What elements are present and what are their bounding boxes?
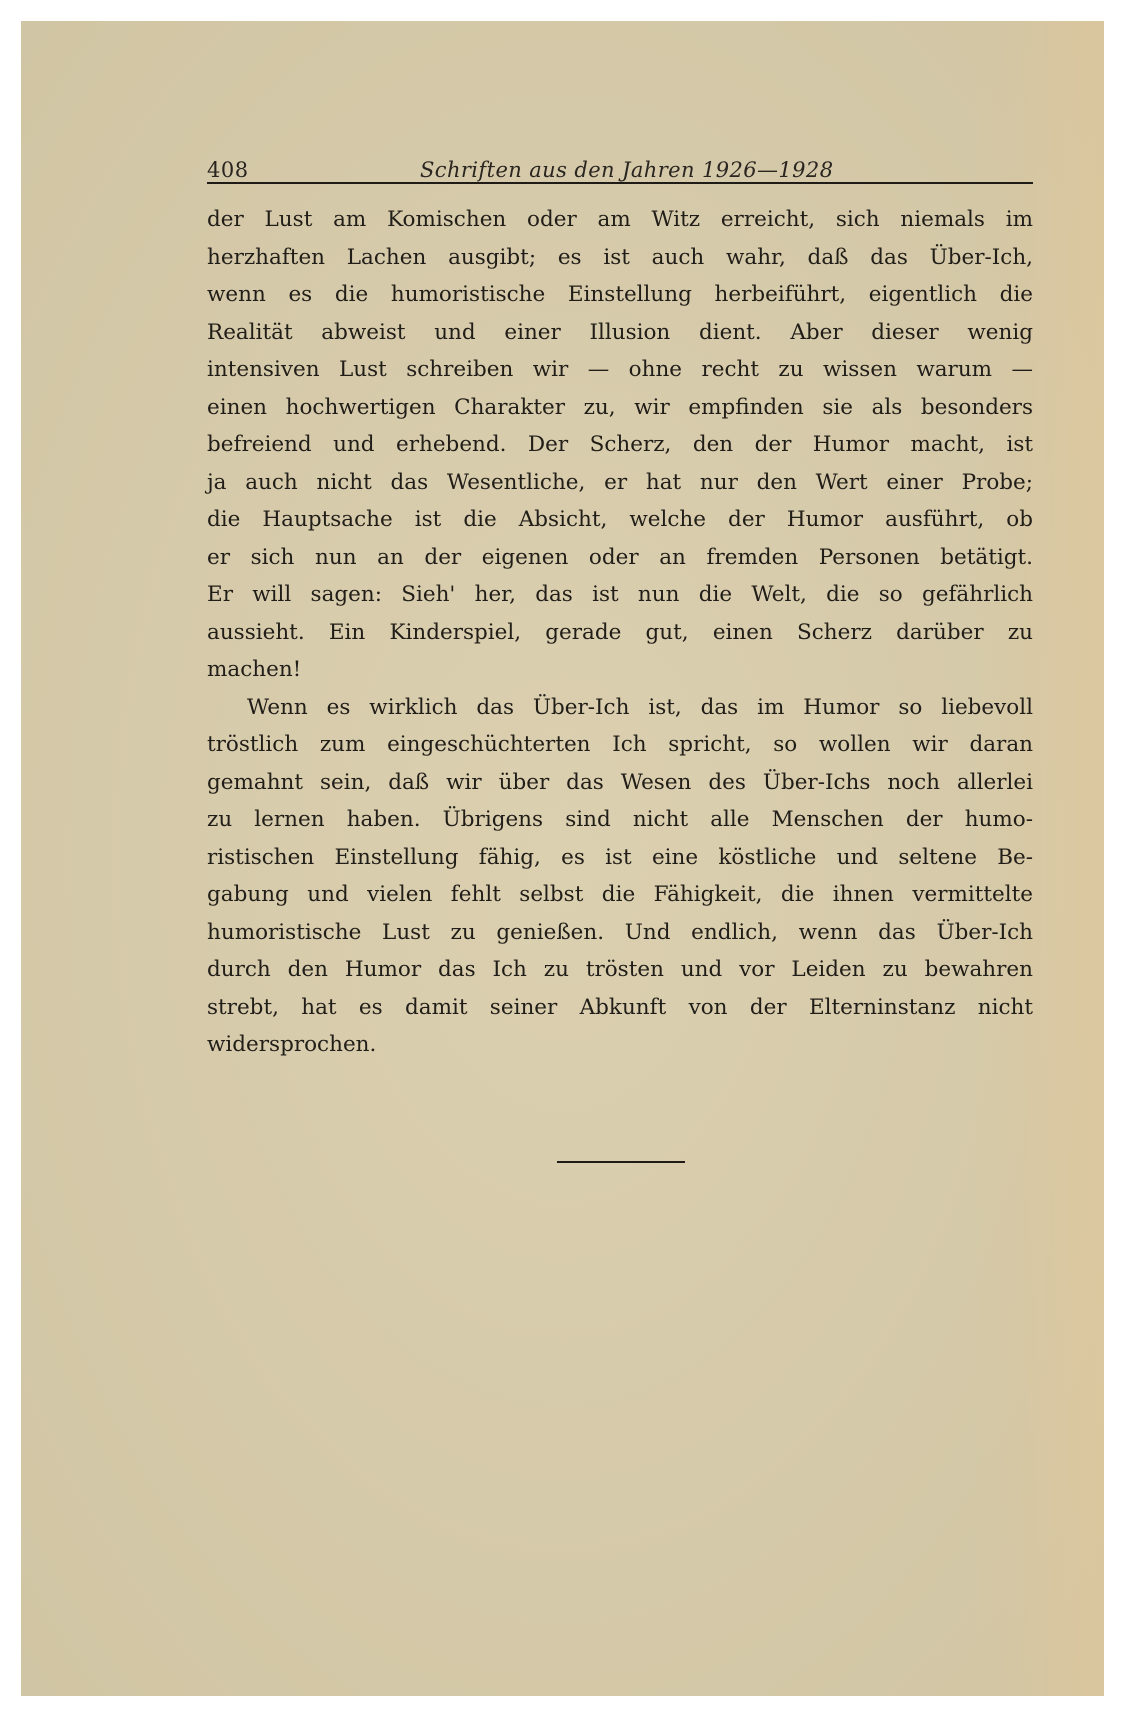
text-line: herzhaften Lachen ausgibt; es ist auch w… bbox=[207, 239, 1033, 277]
section-end-rule bbox=[557, 1161, 685, 1163]
text-line: humoristische Lust zu genießen. Und endl… bbox=[207, 914, 1033, 952]
book-page: 408 Schriften aus den Jahren 1926—1928 d… bbox=[21, 21, 1104, 1696]
text-line: Er will sagen: Sieh' her, das ist nun di… bbox=[207, 576, 1033, 614]
running-title: Schriften aus den Jahren 1926—1928 bbox=[420, 156, 833, 184]
text-line: er sich nun an der eigenen oder an fremd… bbox=[207, 539, 1033, 577]
text-line: tröstlich zum eingeschüchterten Ich spri… bbox=[207, 726, 1033, 764]
header-rule bbox=[207, 182, 1033, 184]
text-line: durch den Humor das Ich zu trösten und v… bbox=[207, 951, 1033, 989]
text-line: intensiven Lust schreiben wir — ohne rec… bbox=[207, 351, 1033, 389]
text-line: wenn es die humoristische Einstellung he… bbox=[207, 276, 1033, 314]
text-line: Wenn es wirklich das Über-Ich ist, das i… bbox=[207, 689, 1033, 727]
text-line: befreiend und erhebend. Der Scherz, den … bbox=[207, 426, 1033, 464]
text-line: Realität abweist und einer Illusion dien… bbox=[207, 314, 1033, 352]
text-line: zu lernen haben. Übrigens sind nicht all… bbox=[207, 801, 1033, 839]
paragraph-2: Wenn es wirklich das Über-Ich ist, das i… bbox=[207, 689, 1033, 1064]
text-line: ristischen Einstellung fähig, es ist ein… bbox=[207, 839, 1033, 877]
text-line: strebt, hat es damit seiner Abkunft von … bbox=[207, 989, 1033, 1027]
paragraph-1: der Lust am Komischen oder am Witz errei… bbox=[207, 201, 1033, 689]
text-line: die Hauptsache ist die Absicht, welche d… bbox=[207, 501, 1033, 539]
text-line: machen! bbox=[207, 651, 1033, 689]
text-line: einen hochwertigen Charakter zu, wir emp… bbox=[207, 389, 1033, 427]
text-line: gemahnt sein, daß wir über das Wesen des… bbox=[207, 764, 1033, 802]
body-text: der Lust am Komischen oder am Witz errei… bbox=[207, 201, 1033, 1064]
page-number: 408 bbox=[207, 156, 249, 184]
text-line: der Lust am Komischen oder am Witz errei… bbox=[207, 201, 1033, 239]
text-line: ja auch nicht das Wesentliche, er hat nu… bbox=[207, 464, 1033, 502]
running-head: 408 Schriften aus den Jahren 1926—1928 bbox=[207, 154, 1033, 190]
text-line: widersprochen. bbox=[207, 1026, 1033, 1064]
text-line: aussieht. Ein Kinderspiel, gerade gut, e… bbox=[207, 614, 1033, 652]
text-line: gabung und vielen fehlt selbst die Fähig… bbox=[207, 876, 1033, 914]
